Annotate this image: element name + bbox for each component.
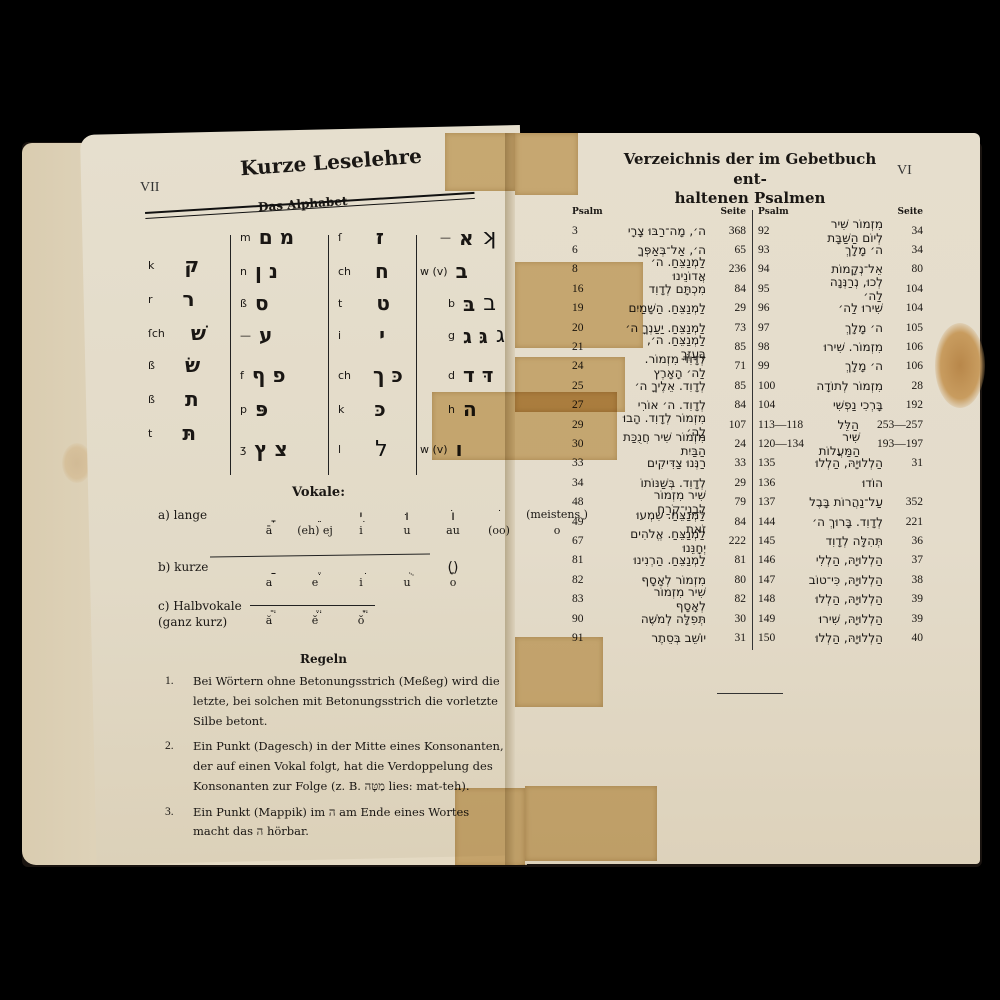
- vowel-sign: ִי: [338, 508, 384, 524]
- translit: r: [148, 293, 153, 306]
- repair-tape: [445, 133, 515, 191]
- psalm-header: PsalmSeite: [572, 207, 746, 217]
- psalm-number: 49: [572, 516, 622, 528]
- vowel-label: b) kurze: [158, 560, 246, 574]
- psalm-number: 146: [758, 554, 808, 566]
- psalm-number: 34: [572, 477, 622, 489]
- translit: l: [338, 443, 341, 456]
- translit: k: [148, 259, 154, 272]
- psalm-number: 92: [758, 225, 808, 237]
- vowel-label-sub: (ganz kurz): [158, 615, 227, 629]
- psalm-title: שִׁיר הַמַּעֲלוֹת: [819, 430, 867, 458]
- psalm-number: 135: [758, 457, 808, 469]
- psalm-title: הַלְלוּיָהּ, הַלְלִי: [808, 553, 889, 567]
- psalm-page: 39: [889, 613, 923, 625]
- psalm-row: 136הוֹדוּ: [758, 473, 923, 492]
- translit: ʒ: [240, 443, 246, 456]
- hebrew-letter: דּ ד: [463, 363, 493, 387]
- repair-tape: [515, 262, 643, 348]
- psalm-title: לַמְנַצֵּחַ. אֱלֹהִים יְחָנֵּנוּ: [622, 527, 712, 555]
- vowel-sign: וֹ: [430, 508, 476, 524]
- psalm-page: 24: [712, 438, 746, 450]
- vowel-sound: ā: [266, 524, 273, 537]
- psalm-title: ה׳ מָלָךְ: [808, 243, 889, 257]
- psalm-title: מִזְמוֹר שִׁיר לְיוֹם הַשַּׁבָּת: [808, 217, 889, 245]
- rule-text: Bei Wörtern ohne Betonungsstrich (Meßeg)…: [193, 672, 505, 731]
- handwritten-mark: ל: [375, 437, 388, 462]
- psalm-number: 145: [758, 535, 808, 547]
- translit: ß: [148, 359, 155, 372]
- psalm-row: 104בָּרְכִי נַפְשִׁי192: [758, 396, 923, 415]
- psalm-title: לְדָוִד. אֵלֶיךָ ה׳: [622, 379, 712, 393]
- psalm-title: הַלְלוּיָהּ, הַלְלוּ: [808, 456, 889, 470]
- translit: i: [338, 329, 341, 342]
- psalm-page: 104: [889, 283, 923, 295]
- alphabet-column-3: mמ ם nנ ן ßס —ע fפ ף pפּ ʒצ ץ: [240, 225, 326, 475]
- psalm-number: 96: [758, 302, 808, 314]
- psalm-number: 99: [758, 360, 808, 372]
- psalm-number: 81: [572, 554, 622, 566]
- hebrew-letter: ז: [376, 225, 384, 249]
- psalm-title: מִזְמוֹר לְתוֹדָה: [808, 379, 889, 393]
- psalm-number: 147: [758, 574, 808, 586]
- psalm-title: הוֹדוּ: [808, 476, 889, 490]
- psalm-page: 29: [712, 302, 746, 314]
- psalm-title: מִזְמוֹר שִׁיר חֲנֻכַּת הַבַּיִת: [622, 430, 712, 458]
- psalm-number: 94: [758, 263, 808, 275]
- psalm-page: 80: [712, 574, 746, 586]
- psalm-page: 85: [712, 380, 746, 392]
- hebrew-letter: ר: [183, 287, 195, 311]
- handwritten-mark: ג: [496, 323, 505, 348]
- psalm-number: 67: [572, 535, 622, 547]
- psalm-number: 83: [572, 593, 622, 605]
- translit: ß: [240, 297, 247, 310]
- translit: ß: [148, 393, 155, 406]
- psalm-page: 37: [889, 554, 923, 566]
- long-vowels-row: a) lange ָā ֵ(eh) ej ִיi וּu וֹau ֹ(oo) …: [158, 508, 592, 537]
- translit: g: [448, 329, 455, 342]
- psalm-title: לַמְנַצֵּחַ. הַרְנִינוּ: [622, 553, 712, 567]
- vowel-sound: u: [403, 576, 410, 589]
- psalm-page: 106: [889, 360, 923, 372]
- psalm-title: בָּרְכִי נַפְשִׁי: [808, 398, 889, 412]
- vowel-sign: ֲ: [246, 598, 292, 614]
- psalm-page: 71: [712, 360, 746, 372]
- hebrew-letter: ח: [375, 259, 389, 283]
- psalm-page: 253—257: [865, 419, 923, 431]
- rule-item: 2.Ein Punkt (Dagesch) in der Mitte eines…: [165, 737, 505, 796]
- psalm-number: 113—118: [758, 419, 820, 431]
- vowel-sign: וּ: [384, 508, 430, 524]
- repair-tape: [515, 133, 578, 195]
- psalm-title: לְכוּ, נְרַנְּנָה לַה׳: [808, 275, 889, 303]
- psalm-page: 31: [712, 632, 746, 644]
- translit: w (v): [420, 265, 448, 278]
- psalm-page: 30: [712, 613, 746, 625]
- vowel-sign: ֳ: [338, 598, 384, 614]
- translit: b: [448, 297, 455, 310]
- psalm-row: 96שִׁירוּ לַה׳104: [758, 299, 923, 318]
- hebrew-letter: שׁ: [191, 321, 206, 345]
- vowel-sign: ֻ: [384, 560, 430, 576]
- hebrew-letter: ת: [185, 387, 199, 411]
- handwritten-mark: ב: [483, 291, 496, 316]
- vowel-sound: a: [266, 576, 273, 589]
- psalm-title: ה׳ מָלָךְ: [808, 321, 889, 335]
- title-line-2: haltenen Psalmen: [620, 189, 880, 209]
- psalm-title: תְּהִלָּה לְדָוִד: [808, 534, 889, 548]
- psalm-number: 97: [758, 322, 808, 334]
- psalm-row: 92מִזְמוֹר שִׁיר לְיוֹם הַשַּׁבָּת34: [758, 221, 923, 240]
- vowel-sign: ִ: [338, 560, 384, 576]
- rule-number: 3.: [165, 803, 193, 843]
- psalm-title: רַנְּנוּ צַדִּיקִים: [622, 456, 712, 470]
- hebrew-letter: ק: [184, 253, 199, 277]
- psalm-row: 97ה׳ מָלָךְ105: [758, 318, 923, 337]
- psalm-row: 95לְכוּ, נְרַנְּנָה לַה׳104: [758, 279, 923, 298]
- psalm-number: 136: [758, 477, 808, 489]
- hebrew-letter: נ ן: [255, 259, 278, 283]
- psalm-page: 193—197: [866, 438, 923, 450]
- hebrew-letter: ט: [376, 291, 390, 315]
- psalm-page: 33: [712, 457, 746, 469]
- vowel-sound: o: [554, 524, 561, 537]
- psalm-row: 149הַלְלוּיָהּ, שִׁירוּ39: [758, 609, 923, 628]
- psalm-row: 150הַלְלוּיָהּ, הַלְלוּ40: [758, 628, 923, 647]
- translit: m: [240, 231, 251, 244]
- psalm-page: 36: [889, 535, 923, 547]
- psalm-page: 38: [889, 574, 923, 586]
- alphabet-column-4: kק rר ſchשׁ ßשׂ ßת tתּ: [148, 225, 228, 475]
- psalm-page: 81: [712, 554, 746, 566]
- translit: k: [338, 403, 344, 416]
- translit: ſch: [148, 327, 165, 340]
- psalm-title: הַלְלוּיָהּ, כִּי־טוֹב: [808, 573, 889, 587]
- header-page: Seite: [897, 207, 923, 217]
- psalm-row: 99ה׳ מָלָךְ106: [758, 357, 923, 376]
- vowel-sound: i: [359, 576, 363, 589]
- translit: —: [240, 329, 251, 342]
- psalm-title: הַלְלוּיָהּ, שִׁירוּ: [808, 612, 889, 626]
- psalm-row: 90תְּפִלָּה לְמֹשֶׁה30: [572, 609, 746, 628]
- psalm-number: 120—134: [758, 438, 819, 450]
- psalm-number: 148: [758, 593, 808, 605]
- translit: d: [448, 369, 455, 382]
- psalm-page: 34: [889, 225, 923, 237]
- psalm-title: יוֹשֵׁב בְּסֵתֶר: [622, 631, 712, 645]
- psalm-number: 95: [758, 283, 808, 295]
- psalm-row: 98מִזְמוֹר. שִׁירוּ106: [758, 337, 923, 356]
- psalm-page: 106: [889, 341, 923, 353]
- translit: f: [240, 369, 244, 382]
- psalm-title: עַל־נַהֲרוֹת בָּבֶל: [808, 495, 889, 509]
- page-number-left: VII: [140, 180, 159, 196]
- psalm-page: 107: [712, 419, 746, 431]
- psalm-number: 149: [758, 613, 808, 625]
- column-divider: [328, 235, 329, 475]
- hebrew-letter: שׂ: [185, 353, 200, 377]
- repair-tape: [515, 637, 603, 707]
- psalm-row: 144לְדָוִד. בָּרוּךְ ה׳221: [758, 512, 923, 531]
- psalm-page: 79: [712, 496, 746, 508]
- rule-number: 1.: [165, 672, 193, 731]
- psalm-page: 31: [889, 457, 923, 469]
- psalm-row: 83שִׁיר מִזְמוֹר לְאָסָף82: [572, 589, 746, 608]
- vowel-sign: ֹ: [476, 508, 522, 524]
- psalm-row: 146הַלְלוּיָהּ, הַלְלִי37: [758, 551, 923, 570]
- vowel-sign: ֱ: [292, 598, 338, 614]
- psalm-page: 39: [889, 593, 923, 605]
- hebrew-letter: כּ: [374, 397, 385, 421]
- hebrew-letter: י: [379, 323, 385, 347]
- header-psalm: Psalm: [758, 207, 789, 217]
- title-line-1: Verzeichnis der im Gebetbuch ent-: [620, 150, 880, 189]
- psalm-row: 137עַל־נַהֲרוֹת בָּבֶל352: [758, 492, 923, 511]
- translit: t: [148, 427, 152, 440]
- rules-heading: Regeln: [300, 652, 347, 666]
- hebrew-letter: תּ: [182, 421, 196, 445]
- vowel-label: c) Halbvokale: [158, 599, 242, 613]
- psalm-row: 100מִזְמוֹר לְתוֹדָה28: [758, 376, 923, 395]
- hebrew-letter: בּ: [463, 292, 475, 316]
- vowel-sign: (ָ): [430, 560, 476, 576]
- rule-item: 1.Bei Wörtern ohne Betonungsstrich (Meße…: [165, 672, 505, 731]
- half-vowels-row: c) Halbvokale(ganz kurz) ֲă ֱĕ ֳŏ: [158, 598, 384, 630]
- psalm-title: מִזְמוֹר. שִׁירוּ: [808, 340, 889, 354]
- header-page: Seite: [720, 207, 746, 217]
- psalm-page: 85: [712, 341, 746, 353]
- psalm-page: 352: [889, 496, 923, 508]
- hebrew-letter: ס: [255, 291, 269, 315]
- translit: ſ: [338, 231, 342, 244]
- psalm-page: 40: [889, 632, 923, 644]
- psalm-row: 120—134שִׁיר הַמַּעֲלוֹת193—197: [758, 434, 923, 453]
- hebrew-letter: כּ ך: [373, 363, 403, 387]
- vowel-sound: i: [359, 524, 363, 537]
- vowel-sound: u: [403, 524, 410, 537]
- translit: ch: [338, 265, 351, 278]
- header-psalm: Psalm: [572, 207, 603, 217]
- vowel-sound: au: [446, 524, 460, 537]
- alphabet-column-2: ſז chח tט iי chכּ ך kכּ lל: [338, 225, 414, 475]
- psalm-title: ה׳, מָה־רַבּוּ צָרָי: [622, 224, 712, 238]
- hebrew-letter: גּ ג: [463, 324, 488, 348]
- psalm-page: 80: [889, 263, 923, 275]
- vowel-sign: ֶ: [292, 560, 338, 576]
- vowel-sound: o: [450, 576, 457, 589]
- hebrew-letter: ע: [259, 323, 272, 347]
- psalm-row: 81לַמְנַצֵּחַ. הַרְנִינוּ81: [572, 551, 746, 570]
- vowel-sound: (eh) ej: [297, 524, 333, 537]
- psalm-number: 100: [758, 380, 808, 392]
- end-rule: [717, 693, 783, 694]
- psalm-page: 29: [712, 477, 746, 489]
- translit: ch: [338, 369, 351, 382]
- psalm-number: 90: [572, 613, 622, 625]
- psalm-row: 67לַמְנַצֵּחַ. אֱלֹהִים יְחָנֵּנוּ222: [572, 531, 746, 550]
- psalm-title: לְדָוִד. בָּרוּךְ ה׳: [808, 515, 889, 529]
- psalm-page: 82: [712, 593, 746, 605]
- psalm-row: 135הַלְלוּיָהּ, הַלְלוּ31: [758, 454, 923, 473]
- hebrew-letter: פ ף: [252, 363, 286, 387]
- vowel-sound: ĕ: [312, 614, 319, 627]
- column-divider: [416, 235, 417, 475]
- psalm-row: 3ה׳, מָה־רַבּוּ צָרָי368: [572, 221, 746, 240]
- psalm-number: 98: [758, 341, 808, 353]
- psalm-page: 84: [712, 399, 746, 411]
- vowel-sign: ֵ: [292, 508, 338, 524]
- psalm-page: 368: [712, 225, 746, 237]
- psalm-number: 82: [572, 574, 622, 586]
- rules-list: 1.Bei Wörtern ohne Betonungsstrich (Meße…: [165, 672, 505, 848]
- vowel-sound: ă: [266, 614, 273, 627]
- psalm-row: 147הַלְלוּיָהּ, כִּי־טוֹב38: [758, 570, 923, 589]
- psalm-title: שִׁירוּ לַה׳: [808, 301, 889, 315]
- short-vowels-row: b) kurze ַa ֶe ִi ֻu (ָ)o: [158, 560, 476, 589]
- psalm-number: 6: [572, 244, 622, 256]
- page-number-right: VI: [897, 163, 912, 179]
- hebrew-letter: פּ: [255, 397, 268, 421]
- hebrew-letter: מ ם: [259, 225, 294, 249]
- psalm-list-right: PsalmSeite 92מִזְמוֹר שִׁיר לְיוֹם הַשַּ…: [758, 207, 923, 648]
- psalm-number: 150: [758, 632, 808, 644]
- psalm-title: לְדָוִד מִזְמוֹר. לַה׳ הָאָרֶץ: [622, 352, 712, 380]
- psalm-page: 104: [889, 302, 923, 314]
- psalm-title: הַלְלוּיָהּ, הַלְלוּ: [808, 592, 889, 606]
- psalm-title: הַלְלוּיָהּ, הַלְלוּ: [808, 631, 889, 645]
- psalm-page: 65: [712, 244, 746, 256]
- repair-tape: [525, 786, 657, 861]
- damage-stain: [935, 323, 985, 408]
- translit: t: [338, 297, 342, 310]
- psalm-number: 93: [758, 244, 808, 256]
- handwritten-mark: ʞ: [482, 225, 497, 250]
- rule-item: 3.Ein Punkt (Mappik) im ה am Ende eines …: [165, 803, 505, 843]
- psalm-page: 34: [889, 244, 923, 256]
- psalm-number: 137: [758, 496, 808, 508]
- psalm-page: 84: [712, 516, 746, 528]
- vowel-sign: ַ: [246, 560, 292, 576]
- psalm-page: 222: [712, 535, 746, 547]
- psalm-page: 73: [712, 322, 746, 334]
- psalm-title: תְּפִלָּה לְמֹשֶׁה: [622, 612, 712, 626]
- psalm-row: 93ה׳ מָלָךְ34: [758, 240, 923, 259]
- psalm-row: 145תְּהִלָּה לְדָוִד36: [758, 531, 923, 550]
- psalm-number: 144: [758, 516, 808, 528]
- repair-tape: [432, 392, 617, 460]
- psalm-number: 48: [572, 496, 622, 508]
- hebrew-letter: צ ץ: [254, 437, 287, 461]
- psalm-header: PsalmSeite: [758, 207, 923, 217]
- psalm-page: 28: [889, 380, 923, 392]
- vowel-label: a) lange: [158, 508, 246, 522]
- psalm-page: 236: [712, 263, 746, 275]
- psalm-number: 104: [758, 399, 808, 411]
- psalm-number: 3: [572, 225, 622, 237]
- page-title-right: Verzeichnis der im Gebetbuch ent- halten…: [620, 150, 880, 209]
- vowel-sound: e: [312, 576, 319, 589]
- vowel-sound: ŏ: [358, 614, 365, 627]
- hebrew-letter: ב: [456, 259, 468, 283]
- translit: n: [240, 265, 247, 278]
- rule-number: 2.: [165, 737, 193, 796]
- psalm-page: 221: [889, 516, 923, 528]
- psalm-row: 148הַלְלוּיָהּ, הַלְלוּ39: [758, 589, 923, 608]
- column-divider: [230, 235, 231, 475]
- column-divider: [752, 210, 753, 650]
- psalm-title: שִׁיר מִזְמוֹר לְאָסָף: [622, 585, 712, 613]
- vowel-sign: ָ: [246, 508, 292, 524]
- psalm-page: 84: [712, 283, 746, 295]
- vowels-heading: Vokale:: [292, 485, 345, 500]
- psalm-page: 105: [889, 322, 923, 334]
- psalm-page: 192: [889, 399, 923, 411]
- repair-tape: [455, 788, 525, 866]
- psalm-title: ה׳ מָלָךְ: [808, 359, 889, 373]
- hebrew-letter: א: [459, 226, 474, 250]
- vowel-sound: (oo): [488, 524, 510, 537]
- translit: p: [240, 403, 247, 416]
